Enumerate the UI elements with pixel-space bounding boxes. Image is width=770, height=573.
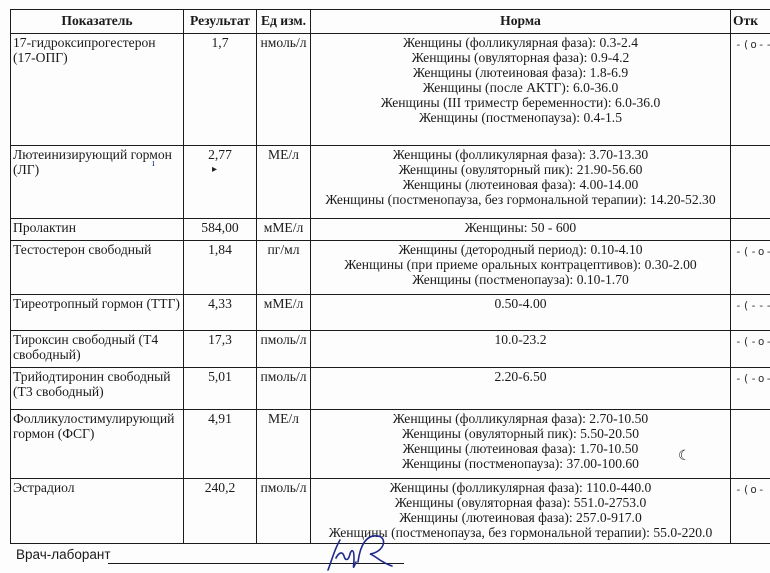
reference-range-line: Женщины (лютеиновая фаза): 1.8-6.9 (313, 65, 728, 80)
unit-value: нмоль/л (257, 34, 311, 146)
result-value: 4,33 (184, 295, 257, 331)
result-value: 240,2 (184, 479, 257, 544)
unit-value: мМЕ/л (257, 295, 311, 331)
reference-range-line: Женщины (при приеме оральных контрацепти… (313, 257, 728, 272)
result-value: 1,84 (184, 241, 257, 295)
deviation-cell: -(-o- (731, 368, 770, 410)
signer-label: Врач-лаборант (16, 547, 111, 562)
parameter-name: Фолликулостимулирующий гормон (ФСГ) (11, 410, 184, 479)
reference-range-line: Женщины (овуляторная фаза): 0.9-4.2 (313, 50, 728, 65)
deviation-cell: -(o-- (731, 34, 770, 146)
reference-range-line: Женщины (после АКТГ): 6.0-36.0 (313, 80, 728, 95)
reference-range-line: Женщины (лютеиновая фаза): 1.70-10.50 (313, 441, 728, 456)
deviation-indicator: -(-o- (733, 369, 770, 386)
header-result: Результат (184, 10, 257, 34)
reference-range-line: Женщины (овуляторная фаза): 551.0-2753.0 (313, 495, 728, 510)
reference-range-line: Женщины (детородный период): 0.10-4.10 (313, 242, 728, 257)
reference-range-line: Женщины (овуляторный пик): 21.90-56.60 (313, 162, 728, 177)
deviation-cell (731, 219, 770, 241)
reference-range-line: 10.0-23.2 (313, 332, 728, 347)
header-unit: Ед изм. (257, 10, 311, 34)
table-row: 17-гидроксипрогестерон (17-ОПГ)1,7нмоль/… (11, 34, 770, 146)
reference-range-line: Женщины (фолликулярная фаза): 3.70-13.30 (313, 147, 728, 162)
reference-range: Женщины (фолликулярная фаза): 3.70-13.30… (311, 146, 731, 219)
parameter-name: Трийодтиронин свободный (Т3 свободный) (11, 368, 184, 410)
reference-range: 0.50-4.00 (311, 295, 731, 331)
ink-mark: ☾ (678, 448, 691, 465)
result-value: 584,00 (184, 219, 257, 241)
unit-value: пмоль/л (257, 479, 311, 544)
ink-mark: ı (152, 158, 155, 169)
table-row: Лютеинизирующий гормон (ЛГ)2,77МЕ/лЖенщи… (11, 146, 770, 219)
reference-range: Женщины: 50 - 600 (311, 219, 731, 241)
result-value: 1,7 (184, 34, 257, 146)
reference-range: Женщины (детородный период): 0.10-4.10Же… (311, 241, 731, 295)
reference-range-line: Женщины (овуляторный пик): 5.50-20.50 (313, 426, 728, 441)
deviation-indicator (733, 411, 770, 413)
deviation-cell: -(--- (731, 295, 770, 331)
header-norm: Норма (311, 10, 731, 34)
parameter-name: Тестостерон свободный (11, 241, 184, 295)
deviation-indicator (733, 147, 770, 149)
parameter-name: Пролактин (11, 219, 184, 241)
signature-scribble (318, 532, 398, 573)
table-header-row: Показатель Результат Ед изм. Норма Отк (11, 10, 770, 34)
parameter-name: Эстрадиол (11, 479, 184, 544)
deviation-indicator: -(-o- (733, 242, 770, 259)
reference-range-line: Женщины (постменопауза): 0.4-1.5 (313, 110, 728, 125)
result-value: 5,01 (184, 368, 257, 410)
deviation-cell (731, 146, 770, 219)
table-row: Трийодтиронин свободный (Т3 свободный)5,… (11, 368, 770, 410)
reference-range-line: Женщины (III триместр беременности): 6.0… (313, 95, 728, 110)
reference-range-line: 2.20-6.50 (313, 369, 728, 384)
deviation-indicator: -(-o- (733, 332, 770, 349)
unit-value: пмоль/л (257, 368, 311, 410)
deviation-indicator: -(o-- (733, 35, 770, 52)
reference-range-line: Женщины (фолликулярная фаза): 110.0-440.… (313, 480, 728, 495)
table-row: Тироксин свободный (Т4 свободный)17,3пмо… (11, 331, 770, 368)
deviation-indicator: -(o- (733, 480, 770, 497)
deviation-indicator: -(--- (733, 296, 770, 313)
table-row: Пролактин584,00мМЕ/лЖенщины: 50 - 600 (11, 219, 770, 241)
header-parameter: Показатель (11, 10, 184, 34)
reference-range-line: 0.50-4.00 (313, 296, 728, 311)
reference-range-line: Женщины (фолликулярная фаза): 0.3-2.4 (313, 35, 728, 50)
reference-range-line: Женщины (лютеиновая фаза): 257.0-917.0 (313, 510, 728, 525)
ink-mark: ▸ (212, 164, 217, 175)
deviation-indicator (733, 220, 770, 222)
deviation-cell: -(o- (731, 479, 770, 544)
deviation-cell: -(-o- (731, 331, 770, 368)
reference-range-line: Женщины: 50 - 600 (313, 220, 728, 235)
table-row: Фолликулостимулирующий гормон (ФСГ)4,91М… (11, 410, 770, 479)
table-row: Тиреотропный гормон (ТТГ)4,33мМЕ/л0.50-4… (11, 295, 770, 331)
unit-value: пг/мл (257, 241, 311, 295)
reference-range-line: Женщины (постменопауза): 0.10-1.70 (313, 272, 728, 287)
reference-range-line: Женщины (лютеиновая фаза): 4.00-14.00 (313, 177, 728, 192)
unit-value: мМЕ/л (257, 219, 311, 241)
reference-range: Женщины (фолликулярная фаза): 0.3-2.4Жен… (311, 34, 731, 146)
deviation-cell (731, 410, 770, 479)
reference-range-line: Женщины (фолликулярная фаза): 2.70-10.50 (313, 411, 728, 426)
result-value: 17,3 (184, 331, 257, 368)
reference-range: Женщины (фолликулярная фаза): 2.70-10.50… (311, 410, 731, 479)
parameter-name: Тиреотропный гормон (ТТГ) (11, 295, 184, 331)
reference-range: 10.0-23.2 (311, 331, 731, 368)
header-deviation: Отк (731, 10, 770, 34)
reference-range: 2.20-6.50 (311, 368, 731, 410)
parameter-name: 17-гидроксипрогестерон (17-ОПГ) (11, 34, 184, 146)
result-value: 4,91 (184, 410, 257, 479)
reference-range-line: Женщины (постменопауза): 37.00-100.60 (313, 456, 728, 471)
table-row: Тестостерон свободный1,84пг/млЖенщины (д… (11, 241, 770, 295)
parameter-name: Лютеинизирующий гормон (ЛГ) (11, 146, 184, 219)
reference-range-line: Женщины (постменопауза, без гормональной… (313, 192, 728, 207)
lab-results-table: Показатель Результат Ед изм. Норма Отк 1… (10, 9, 770, 544)
unit-value: пмоль/л (257, 331, 311, 368)
result-value: 2,77 (184, 146, 257, 219)
parameter-name: Тироксин свободный (Т4 свободный) (11, 331, 184, 368)
unit-value: МЕ/л (257, 146, 311, 219)
lab-report-sheet: Показатель Результат Ед изм. Норма Отк 1… (0, 0, 770, 573)
deviation-cell: -(-o- (731, 241, 770, 295)
unit-value: МЕ/л (257, 410, 311, 479)
